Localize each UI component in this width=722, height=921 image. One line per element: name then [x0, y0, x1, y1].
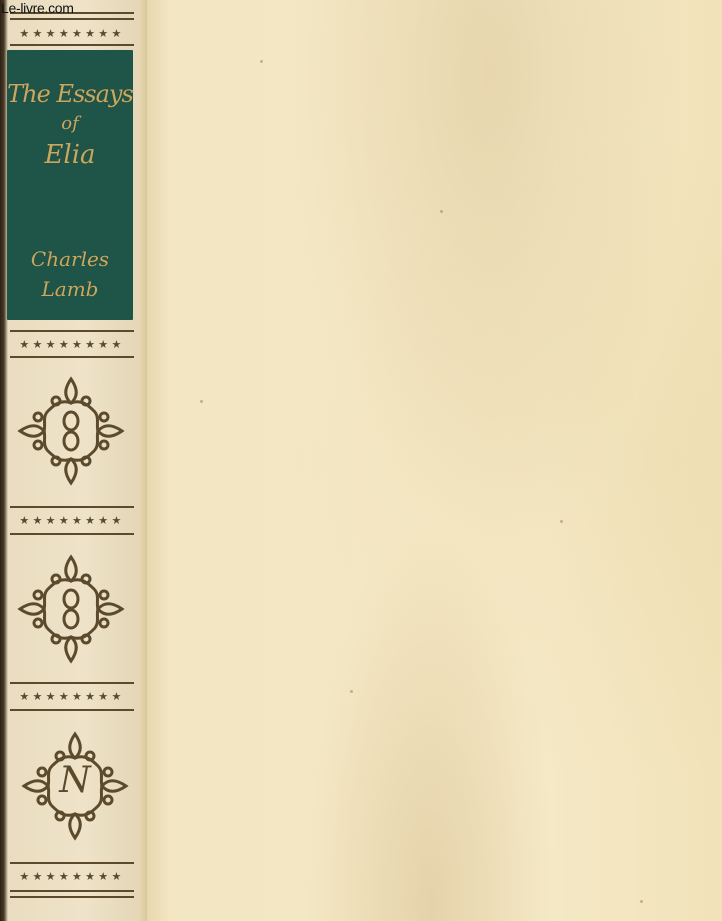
tooling-rule	[10, 709, 134, 711]
publisher-monogram: N	[20, 760, 130, 801]
star-row: ★★★★★★★★	[10, 870, 134, 883]
foxing-spot	[260, 60, 263, 63]
title-line-3: Elia	[7, 140, 133, 170]
tooling-rule	[10, 44, 134, 46]
tooling-rule	[10, 890, 134, 892]
star-row: ★★★★★★★★	[10, 514, 134, 527]
star-row: ★★★★★★★★	[10, 27, 134, 40]
tooling-rule	[10, 533, 134, 535]
author-first-name: Charles	[7, 247, 133, 271]
watermark: Le-livre.com	[1, 0, 74, 16]
tooling-rule	[10, 356, 134, 358]
tooling-rule	[10, 330, 134, 332]
ornament-icon	[16, 553, 126, 665]
tooling-rule	[10, 682, 134, 684]
foxing-spot	[560, 520, 563, 523]
star-row: ★★★★★★★★	[10, 690, 134, 703]
tooling-rule	[10, 18, 134, 20]
tooling-rule	[10, 862, 134, 864]
tooling-rule	[10, 506, 134, 508]
front-cover	[140, 0, 722, 921]
ornament-icon	[16, 375, 126, 487]
tooling-rule	[10, 896, 134, 898]
title-line-1: The Essays	[7, 80, 133, 108]
foxing-spot	[200, 400, 203, 403]
foxing-spot	[350, 690, 353, 693]
star-row: ★★★★★★★★	[10, 338, 134, 351]
title-label: The Essays of Elia Charles Lamb	[7, 50, 133, 320]
title-line-2: of	[7, 113, 133, 134]
author-last-name: Lamb	[7, 277, 133, 301]
book-spine: ★★★★★★★★ The Essays of Elia Charles Lamb…	[0, 0, 140, 921]
foxing-spot	[640, 900, 643, 903]
foxing-spot	[440, 210, 443, 213]
